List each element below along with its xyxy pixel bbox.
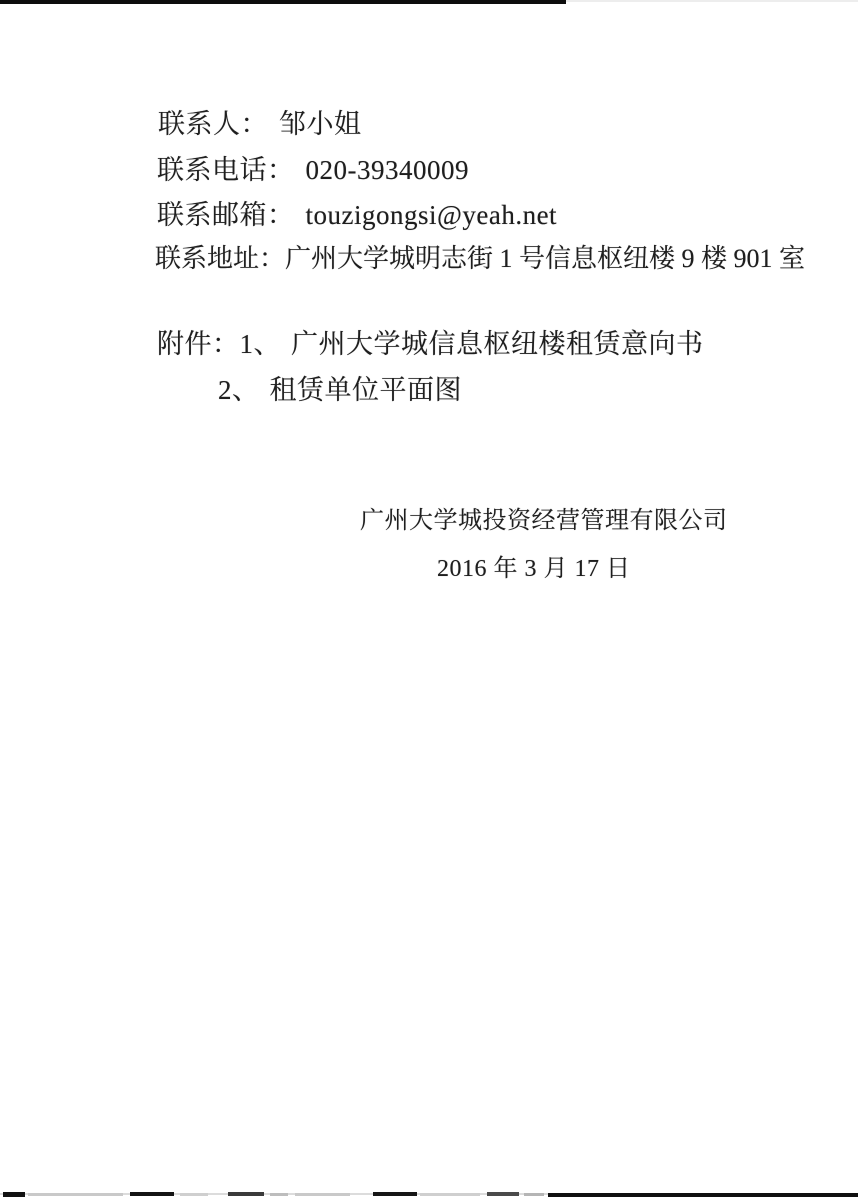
contact-address-value: 广州大学城明志街 1 号信息枢纽楼 9 楼 901 室 [285,244,805,273]
contact-person-label: 联系人： [158,109,268,139]
attachment-1-index: 1、 [240,329,282,359]
contact-phone-label: 联系电话： [157,155,295,185]
contact-person-line: 联系人：邹小姐 [158,111,362,138]
attachment-line-1: 附件：1、广州大学城信息枢纽楼租赁意向书 [157,331,704,358]
attachment-2-title: 租赁单位平面图 [270,375,463,405]
scan-artifact-bottom-dash [228,1192,264,1196]
scan-artifact-bottom-solid-line [548,1193,858,1197]
scan-artifact-bottom-dash [130,1192,174,1196]
attachment-line-2: 2、租赁单位平面图 [218,377,462,404]
contact-email-value: touzigongsi@yeah.net [306,200,558,230]
contact-email-line: 联系邮箱：touzigongsi@yeah.net [157,202,557,229]
scan-artifact-bottom-dash [295,1193,350,1196]
attachment-1-title: 广州大学城信息枢纽楼租赁意向书 [291,329,704,359]
scan-artifact-top-faint-line [0,0,858,2]
contact-person-value: 邹小姐 [279,109,362,139]
scan-artifact-bottom-dash [420,1193,480,1196]
attachment-2-index: 2、 [218,375,260,405]
scan-artifact-bottom-base-line [0,1193,858,1195]
attachments-label: 附件： [157,329,240,359]
scan-artifact-bottom-dash [487,1192,519,1196]
contact-phone-line: 联系电话：020-39340009 [157,157,469,184]
signature-company-name: 广州大学城投资经营管理有限公司 [360,509,728,533]
scan-artifact-bottom-dash [270,1193,288,1196]
scan-artifact-bottom-dash [524,1193,544,1196]
signature-date: 2016 年 3 月 17 日 [437,557,631,581]
contact-phone-value: 020-39340009 [306,155,470,185]
scan-artifact-top-bar [0,0,566,4]
contact-email-label: 联系邮箱： [157,200,295,230]
contact-address-line: 联系地址：广州大学城明志街 1 号信息枢纽楼 9 楼 901 室 [155,246,805,272]
scan-artifact-bottom-dash [180,1193,208,1196]
contact-address-label: 联系地址： [155,244,285,273]
scan-artifact-bottom-dash [373,1192,417,1196]
scan-artifact-bottom-dash [3,1192,25,1197]
scanned-document-page: 联系人：邹小姐 联系电话：020-39340009 联系邮箱：touzigong… [0,0,858,1200]
scan-artifact-bottom-dash [28,1193,123,1196]
